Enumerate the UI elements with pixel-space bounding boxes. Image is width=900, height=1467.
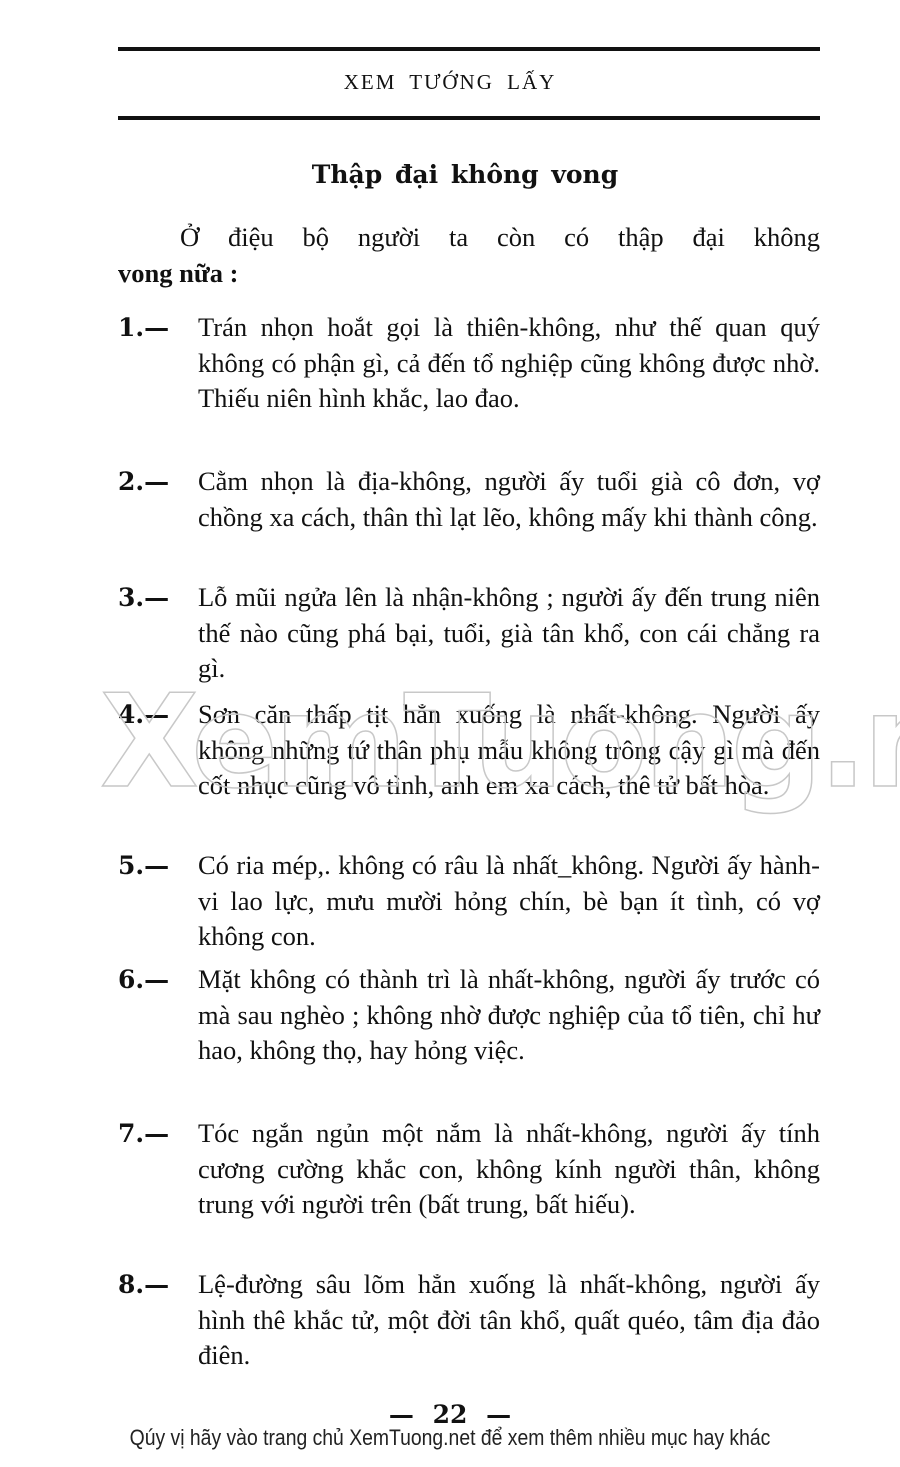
section-title: Thập đại không vong bbox=[0, 160, 900, 189]
item-number: 7.— bbox=[118, 1116, 169, 1152]
list-item-2: 2.— Cằm nhọn là địa-không, người ấy tuổi… bbox=[118, 464, 820, 535]
item-text: Có ria mép,. không có râu là nhất_không.… bbox=[198, 848, 820, 955]
item-text: Lỗ mũi ngửa lên là nhận-không ; người ấy… bbox=[198, 580, 820, 687]
list-item-8: 8.— Lệ-đường sâu lõm hẳn xuống là nhất-k… bbox=[118, 1267, 820, 1374]
item-text: Tóc ngắn ngủn một nắm là nhất-không, ngư… bbox=[198, 1116, 820, 1223]
item-number: 8.— bbox=[118, 1267, 169, 1303]
list-item-7: 7.— Tóc ngắn ngủn một nắm là nhất-không,… bbox=[118, 1116, 820, 1223]
item-text: Trán nhọn hoắt gọi là thiên-không, như t… bbox=[198, 310, 820, 417]
header-bottom-rule bbox=[118, 116, 820, 120]
list-item-5: 5.— Có ria mép,. không có râu là nhất_kh… bbox=[118, 848, 820, 955]
intro-line-1: Ở điệu bộ người ta còn có thập đại không bbox=[118, 220, 820, 256]
site-footer-note: Qúy vị hãy vào trang chủ XemTuong.net để… bbox=[54, 1425, 846, 1451]
running-title: XEM TƯỚNG LẤY bbox=[0, 70, 900, 95]
book-page: XEM TƯỚNG LẤY Thập đại không vong Ở điệu… bbox=[0, 0, 900, 1467]
header-top-rule bbox=[118, 47, 820, 51]
list-item-1: 1.— Trán nhọn hoắt gọi là thiên-không, n… bbox=[118, 310, 820, 417]
intro-line-2: vong nữa : bbox=[118, 256, 820, 292]
item-number: 1.— bbox=[118, 310, 169, 346]
item-text: Lệ-đường sâu lõm hẳn xuống là nhất-không… bbox=[198, 1267, 820, 1374]
list-item-3: 3.— Lỗ mũi ngửa lên là nhận-không ; ngườ… bbox=[118, 580, 820, 687]
item-text: Mặt không có thành trì là nhất-không, ng… bbox=[198, 962, 820, 1069]
item-number: 4.— bbox=[118, 697, 169, 733]
list-item-6: 6.— Mặt không có thành trì là nhất-không… bbox=[118, 962, 820, 1069]
item-number: 2.— bbox=[118, 464, 169, 500]
item-text: Cằm nhọn là địa-không, người ấy tuổi già… bbox=[198, 464, 820, 535]
item-number: 3.— bbox=[118, 580, 169, 616]
item-number: 5.— bbox=[118, 848, 169, 884]
intro-paragraph: Ở điệu bộ người ta còn có thập đại không… bbox=[118, 220, 820, 291]
item-text: Sơn căn thấp tịt hẳn xuống là nhất-không… bbox=[198, 697, 820, 804]
item-number: 6.— bbox=[118, 962, 169, 998]
list-item-4: 4.— Sơn căn thấp tịt hẳn xuống là nhất-k… bbox=[118, 697, 820, 804]
